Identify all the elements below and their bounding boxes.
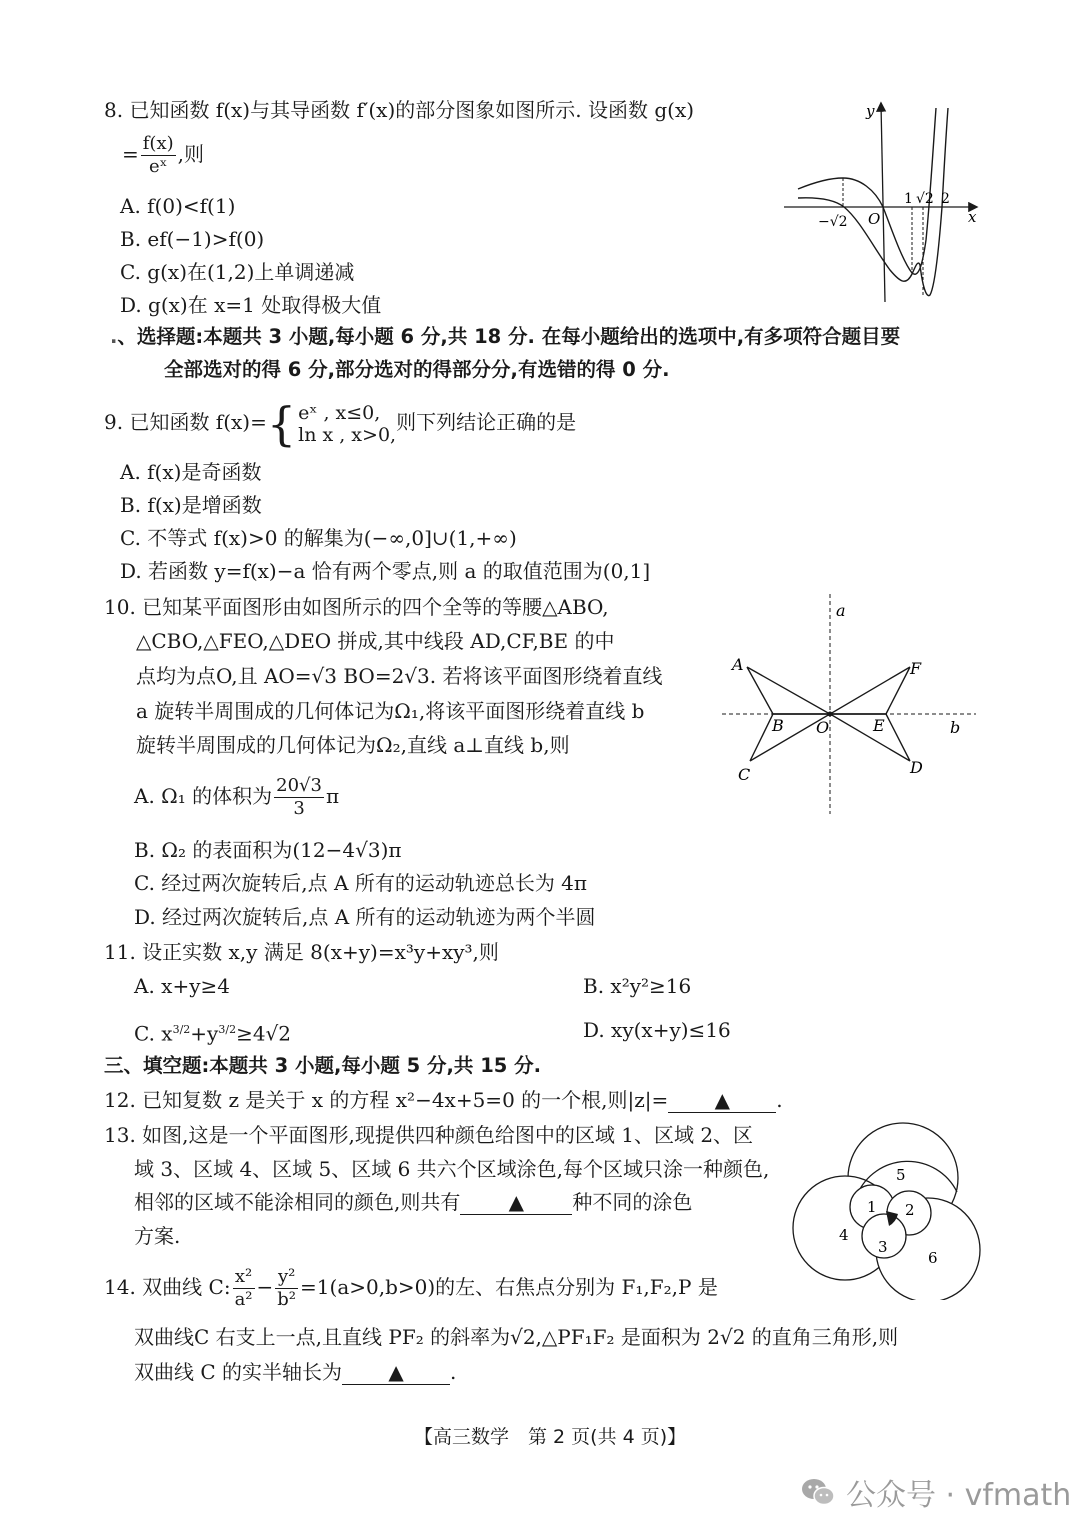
q12-stem-text: 12. 已知复数 z 是关于 x 的方程 x²−4x+5=0 的一个根,则|z|… xyxy=(104,1088,668,1112)
triangle-DEO xyxy=(830,714,910,761)
q8-option-b: B. ef(−1)>f(0) xyxy=(120,225,264,253)
q12-answer-blank[interactable]: ▲ xyxy=(668,1088,776,1113)
q8-stem-line-2: =f(x)eˣ,则 xyxy=(122,132,204,176)
q10-bowtie-figure: A B C D E F O a b xyxy=(720,590,990,820)
q8-stem-line-1: 8. 已知函数 f(x)与其导函数 f′(x)的部分图象如图所示. 设函数 g(… xyxy=(104,96,694,124)
q10-option-d: D. 经过两次旋转后,点 A 所有的运动轨迹为两个半圆 xyxy=(134,903,596,931)
q13-answer-blank[interactable]: ▲ xyxy=(460,1190,572,1215)
label-E: E xyxy=(872,716,885,735)
q14-line-3: 双曲线 C 的实半轴长为▲. xyxy=(134,1358,456,1386)
q11-c-exp-1: 3/2 xyxy=(173,1023,191,1036)
q8-option-a: A. f(0)<f(1) xyxy=(120,192,235,220)
q13-line-3-pre: 相邻的区域不能涂相同的颜色,则共有 xyxy=(134,1190,460,1214)
tick-neg-sqrt2: −√2 xyxy=(818,214,848,230)
q14-answer-blank[interactable]: ▲ xyxy=(342,1360,450,1385)
label-b: b xyxy=(950,718,960,737)
q11-option-c: C. x3/2+y3/2≥4√2 xyxy=(134,1016,291,1048)
q9-stem-prefix: 9. 已知函数 f(x)= xyxy=(104,410,267,434)
q8-function-graph: y x O −√2 1 √2 2 xyxy=(780,90,990,320)
q13-region-figure: 5 1 2 3 4 6 xyxy=(785,1110,985,1300)
q14-frac1-den: a² xyxy=(233,1289,255,1311)
label-a: a xyxy=(836,601,846,620)
q9-option-b: B. f(x)是增函数 xyxy=(120,491,262,519)
q10-option-c: C. 经过两次旋转后,点 A 所有的运动轨迹总长为 4π xyxy=(134,869,587,897)
label-C: C xyxy=(738,765,750,784)
q13-line-4: 方案. xyxy=(134,1222,180,1250)
q8-frac-den: eˣ xyxy=(141,156,176,178)
tick-1: 1 xyxy=(904,191,913,207)
q14-frac2-den: b² xyxy=(275,1289,298,1311)
page-footer: 【高三数学 第 2 页(共 4 页)】 xyxy=(414,1422,686,1449)
q14-period: . xyxy=(450,1360,456,1384)
label-D: D xyxy=(909,758,923,777)
section-2-heading: .、选择题:本题共 3 小题,每小题 6 分,共 18 分. 在每小题给出的选项… xyxy=(110,323,900,351)
q14-line-2: 双曲线C 右支上一点,且直线 PF₂ 的斜率为√2,△PF₁F₂ 是面积为 2√… xyxy=(134,1323,898,1351)
q8-frac-num: f(x) xyxy=(141,133,176,156)
region-label-6: 6 xyxy=(928,1249,938,1267)
q10-option-a-fraction: 20√33 xyxy=(274,775,324,820)
tick-2: 2 xyxy=(941,191,950,207)
q10-option-b: B. Ω₂ 的表面积为(12−4√3)π xyxy=(134,836,402,864)
region-label-5: 5 xyxy=(896,1166,906,1184)
q14-minus: − xyxy=(257,1275,274,1299)
q8-equals: = xyxy=(122,142,139,166)
section-2-heading-text: 、选择题:本题共 3 小题,每小题 6 分,共 18 分. 在每小题给出的选项中… xyxy=(117,325,900,348)
section-3-heading: 三、填空题:本题共 3 小题,每小题 5 分,共 15 分. xyxy=(104,1052,541,1080)
region-label-2: 2 xyxy=(905,1201,915,1219)
label-F: F xyxy=(909,659,922,678)
q14-stem: 14. 双曲线 C:x²a²−y²b²=1(a>0,b>0)的左、右焦点分别为 … xyxy=(104,1262,718,1312)
q10-frac-den: 3 xyxy=(274,798,324,820)
q11-stem: 11. 设正实数 x,y 满足 8(x+y)=x³y+xy³,则 xyxy=(104,938,499,966)
q9-piece-1: eˣ , x≤0, xyxy=(298,402,396,424)
x-label: x xyxy=(968,208,977,226)
q10-stem-line-5: 旋转半周围成的几何体记为Ω₂,直线 a⊥直线 b,则 xyxy=(136,731,570,759)
label-O: O xyxy=(816,718,829,737)
q9-option-c: C. 不等式 f(x)>0 的解集为(−∞,0]∪(1,+∞) xyxy=(120,524,517,552)
q11-option-b: B. x²y²≥16 xyxy=(583,972,691,1000)
q14-frac-y: y²b² xyxy=(275,1266,298,1311)
q9-option-d: D. 若函数 y=f(x)−a 恰有两个零点,则 a 的取值范围为(0,1] xyxy=(120,557,650,585)
q14-stem-post: =1(a>0,b>0)的左、右焦点分别为 F₁,F₂,P 是 xyxy=(300,1275,718,1299)
q11-option-d: D. xy(x+y)≤16 xyxy=(583,1016,731,1044)
q10-option-a-pi: π xyxy=(326,784,339,808)
label-B: B xyxy=(771,716,784,735)
origin-label: O xyxy=(868,210,880,228)
q10-frac-num: 20√3 xyxy=(274,775,324,798)
triangle-FEO xyxy=(830,667,910,714)
q12-stem: 12. 已知复数 z 是关于 x 的方程 x²−4x+5=0 的一个根,则|z|… xyxy=(104,1086,783,1114)
q14-line-3-pre: 双曲线 C 的实半轴长为 xyxy=(134,1360,342,1384)
region-label-3: 3 xyxy=(878,1238,888,1256)
region-label-4: 4 xyxy=(839,1226,849,1244)
q9-stem: 9. 已知函数 f(x)={eˣ , x≤0,ln x , x>0,则下列结论正… xyxy=(104,394,576,450)
q11-option-a: A. x+y≥4 xyxy=(134,972,230,1000)
q9-piece-2: ln x , x>0, xyxy=(298,424,396,446)
q10-stem-line-2: △CBO,△FEO,△DEO 拼成,其中线段 AD,CF,BE 的中 xyxy=(136,627,614,655)
q13-line-3: 相邻的区域不能涂相同的颜色,则共有▲种不同的涂色 xyxy=(134,1188,692,1216)
q11-c-x: C. x xyxy=(134,1022,173,1046)
label-A: A xyxy=(730,655,744,674)
q11-c-exp-2: 3/2 xyxy=(218,1023,236,1036)
y-label: y xyxy=(865,102,875,120)
q8-fraction: f(x)eˣ xyxy=(141,133,176,178)
q8-then: ,则 xyxy=(178,142,204,166)
q10-stem-line-3: 点均为点O,且 AO=√3 BO=2√3. 若将该平面图形绕着直线 xyxy=(136,662,663,690)
q10-stem-line-4: a 旋转半周围成的几何体记为Ω₁,将该平面图形绕着直线 b xyxy=(136,697,644,725)
q13-line-1: 13. 如图,这是一个平面图形,现提供四种颜色给图中的区域 1、区域 2、区 xyxy=(104,1121,753,1149)
q9-stem-suffix: 则下列结论正确的是 xyxy=(396,410,576,434)
q13-line-2: 域 3、区域 4、区域 5、区域 6 共六个区域涂色,每个区域只涂一种颜色, xyxy=(134,1155,769,1183)
watermark: 公众号 · vfmath xyxy=(800,1470,1071,1514)
q14-frac2-num: y² xyxy=(275,1266,298,1289)
watermark-text: 公众号 · vfmath xyxy=(846,1470,1071,1514)
q10-stem-line-1: 10. 已知某平面图形由如图所示的四个全等的等腰△ABO, xyxy=(104,593,609,621)
q10-option-a: A. Ω₁ 的体积为20√33π xyxy=(134,768,339,824)
q13-line-3-post: 种不同的涂色 xyxy=(572,1190,692,1214)
q9-option-a: A. f(x)是奇函数 xyxy=(120,458,261,486)
q14-frac-x: x²a² xyxy=(233,1266,255,1311)
q9-piecewise: eˣ , x≤0,ln x , x>0, xyxy=(298,402,396,446)
q8-option-d: D. g(x)在 x=1 处取得极大值 xyxy=(120,291,381,319)
q11-c-rhs: ≥4√2 xyxy=(236,1022,291,1046)
tick-sqrt2: √2 xyxy=(916,191,934,207)
point-O xyxy=(828,712,833,717)
q14-stem-pre: 14. 双曲线 C: xyxy=(104,1275,231,1299)
q10-option-a-prefix: A. Ω₁ 的体积为 xyxy=(134,784,272,808)
wechat-icon xyxy=(800,1476,836,1508)
q11-c-plus-y: +y xyxy=(190,1022,218,1046)
q8-option-c: C. g(x)在(1,2)上单调递减 xyxy=(120,258,354,286)
triangle-ABO xyxy=(747,667,830,714)
q14-frac1-num: x² xyxy=(233,1266,255,1289)
region-label-1: 1 xyxy=(867,1198,877,1216)
q12-period: . xyxy=(776,1088,782,1112)
section-2-subheading: 全部选对的得 6 分,部分选对的得部分分,有选错的得 0 分. xyxy=(164,356,670,384)
piecewise-brace: { xyxy=(267,399,296,449)
